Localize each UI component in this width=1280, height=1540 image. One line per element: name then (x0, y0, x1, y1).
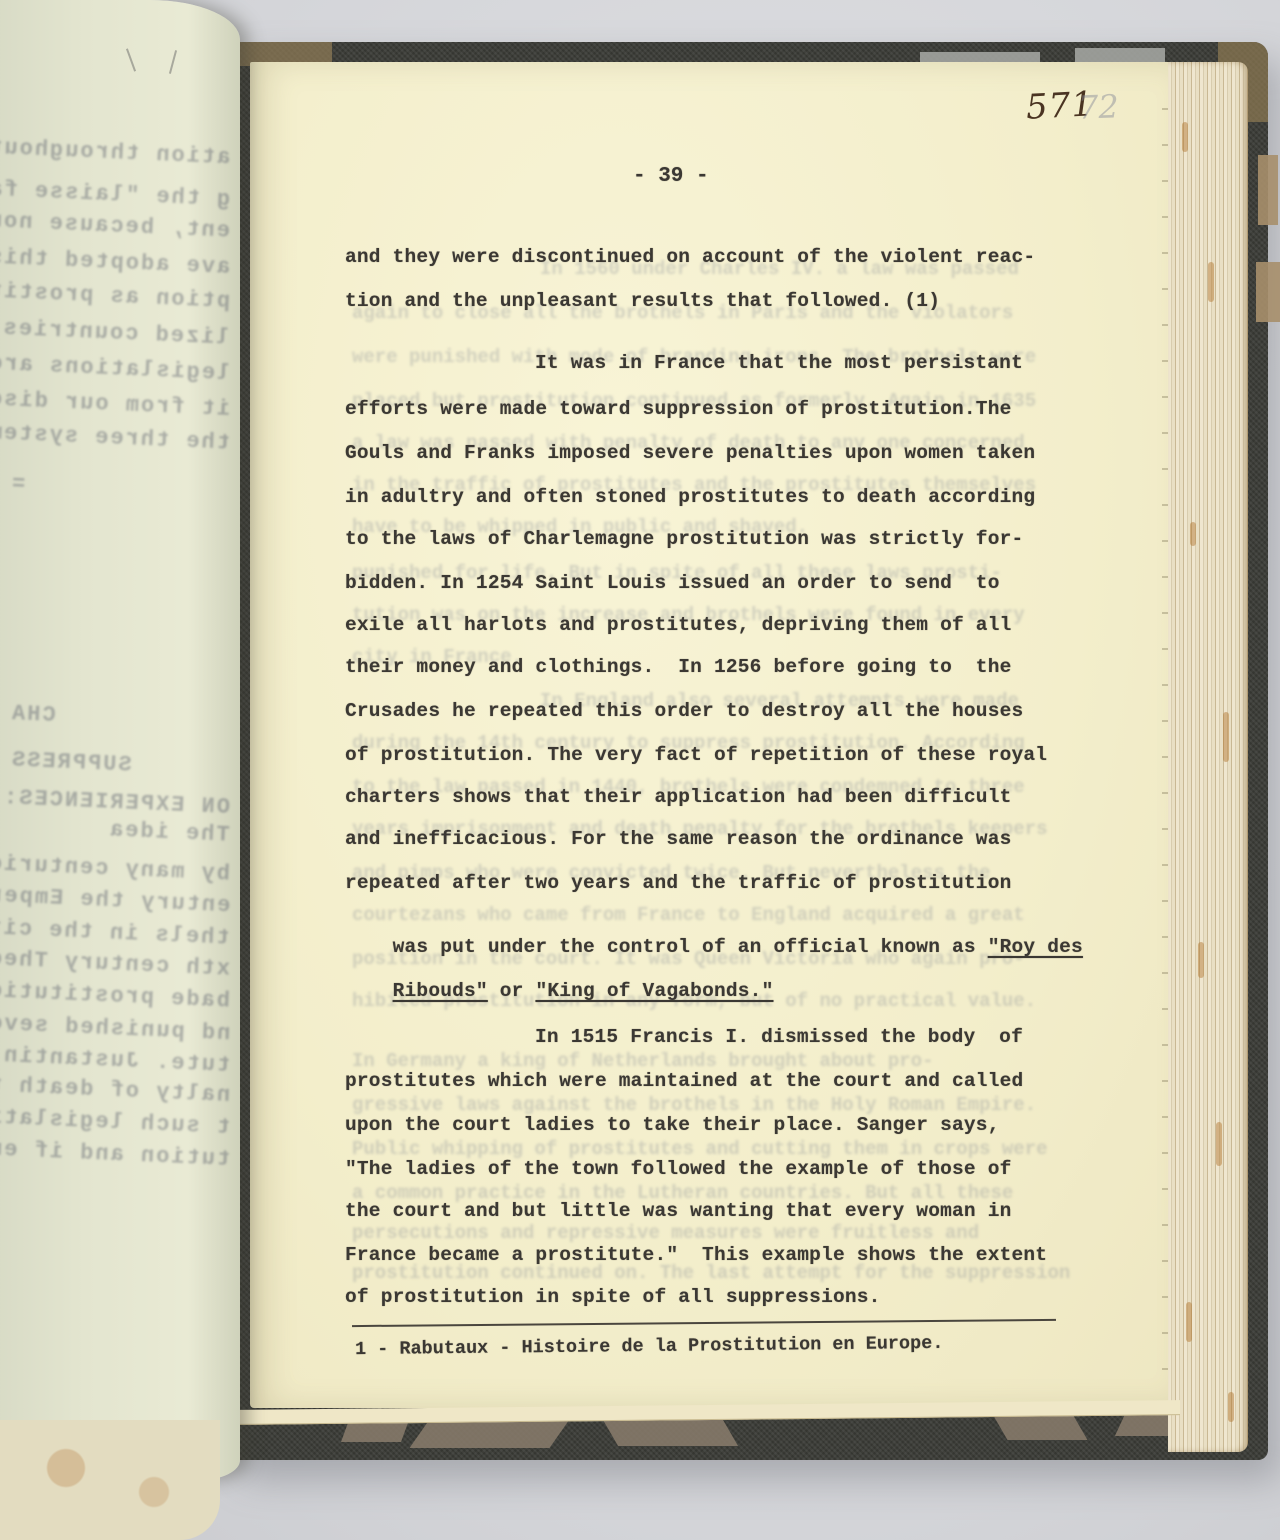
underlined-term-roy-des: "Roy des (988, 936, 1083, 958)
text-line: "The ladies of the town followed the exa… (345, 1158, 1012, 1180)
text-line: and inefficacious. For the same reason t… (345, 828, 1012, 850)
text-line: of prostitution. The very fact of repeti… (345, 744, 1047, 766)
ghost-line: gressive laws against the brothels in th… (352, 1094, 1036, 1116)
mirrored-line: the three systems in (0, 417, 230, 455)
text-line: and they were discontinued on account of… (345, 246, 1035, 268)
folio-number-ghost: 72 (1077, 87, 1119, 126)
mirrored-line: ation throughout the c (0, 131, 230, 171)
text-segment: or (488, 980, 536, 1002)
text-line: repeated after two years and the traffic… (345, 872, 1012, 894)
rust-stain (1208, 262, 1214, 302)
mirrored-line: t such legislations d (0, 1101, 230, 1140)
ghost-line: In Germany a king of Netherlands brought… (352, 1050, 934, 1072)
cover-patch (602, 1418, 738, 1446)
text-line: Ribouds" or "King of Vagabonds." (345, 958, 773, 1024)
text-line: upon the court ladies to take their plac… (345, 1114, 1000, 1136)
rust-stain (1190, 522, 1196, 546)
text-line: Crusades he repeated this order to destr… (345, 700, 1023, 722)
text-line: bidden. In 1254 Saint Louis issued an or… (345, 572, 1000, 594)
underlined-term-king-of-vagabonds: "King of Vagabonds." (535, 980, 773, 1002)
page-stack-edges (1168, 62, 1248, 1452)
text-line: efforts were made toward suppression of … (345, 398, 1012, 420)
text-line: the court and but little was wanting tha… (345, 1200, 1012, 1222)
mirrored-line: = (9, 472, 25, 498)
mirrored-line: ON EXPERIENCES: (2, 785, 231, 820)
text-line: exile all harlots and prostitutes, depri… (345, 614, 1012, 636)
rust-stain (1228, 1392, 1234, 1422)
paragraph-start-line: In 1515 Francis I. dismissed the body of (345, 1026, 1023, 1048)
text-line: France became a prostitute." This exampl… (345, 1244, 1047, 1266)
mirrored-line: legislations are found (0, 347, 230, 387)
mirrored-line: by many centuries ag (0, 848, 230, 886)
mirrored-line: bade prostitution wh (0, 975, 230, 1013)
mirrored-line: ption as prostitution (0, 275, 230, 314)
mirrored-line: tute. Justantin confi (0, 1039, 230, 1078)
cover-patch (992, 1414, 1087, 1440)
mirrored-line: nd punished severely s (0, 1007, 230, 1047)
text-line: Gouls and Franks imposed severe penaltie… (345, 442, 1035, 464)
rust-stain (1216, 1122, 1222, 1166)
paragraph-start-line: It was in France that the most persistan… (345, 352, 1023, 374)
page-number: - 39 - (633, 165, 709, 188)
text-line: their money and clothings. In 1256 befor… (345, 656, 1012, 678)
mirrored-line: ave adopted this atti (0, 241, 230, 280)
text-segment: was put under the control of an official… (393, 936, 988, 958)
rust-stain (1198, 942, 1204, 978)
mirrored-line: CHA (9, 701, 56, 728)
text-line: of prostitution in spite of all suppress… (345, 1286, 881, 1308)
mirrored-line: lized countries of Asia (0, 310, 230, 350)
rust-stain (1186, 1302, 1192, 1342)
text-line: in adultry and often stoned prostitutes … (345, 486, 1035, 508)
mirrored-line: g the "laisse faire" a (0, 173, 230, 213)
text-line: prostitutes which were maintained at the… (345, 1070, 1023, 1092)
binding-holes (1162, 80, 1168, 1380)
text-line: tion and the unpleasant results that fol… (345, 290, 940, 312)
underlined-term-ribouds: Ribouds" (393, 980, 488, 1002)
mirrored-line: it from our discussio (0, 383, 230, 422)
mirrored-line: SUPPRESS (10, 747, 133, 777)
mirrored-line: The idea (108, 817, 231, 847)
text-line: charters shows that their application ha… (345, 786, 1012, 808)
paper-tab (1258, 155, 1278, 225)
paper-tab (1256, 262, 1280, 322)
ghost-line: persecutions and repressive measures wer… (352, 1222, 979, 1244)
text-line: to the laws of Charlemagne prostitution … (345, 528, 1023, 550)
rust-stain (1223, 712, 1229, 762)
ghost-line: Public whipping of prostitutes and cutti… (352, 1138, 1048, 1160)
left-page-mirrored-text: ation throughout the c g the "laisse fai… (0, 0, 240, 1440)
rust-stain (1182, 122, 1188, 152)
mirrored-line: ent, because none of (0, 205, 230, 243)
mirrored-line: tution and if enforce (0, 1133, 230, 1172)
